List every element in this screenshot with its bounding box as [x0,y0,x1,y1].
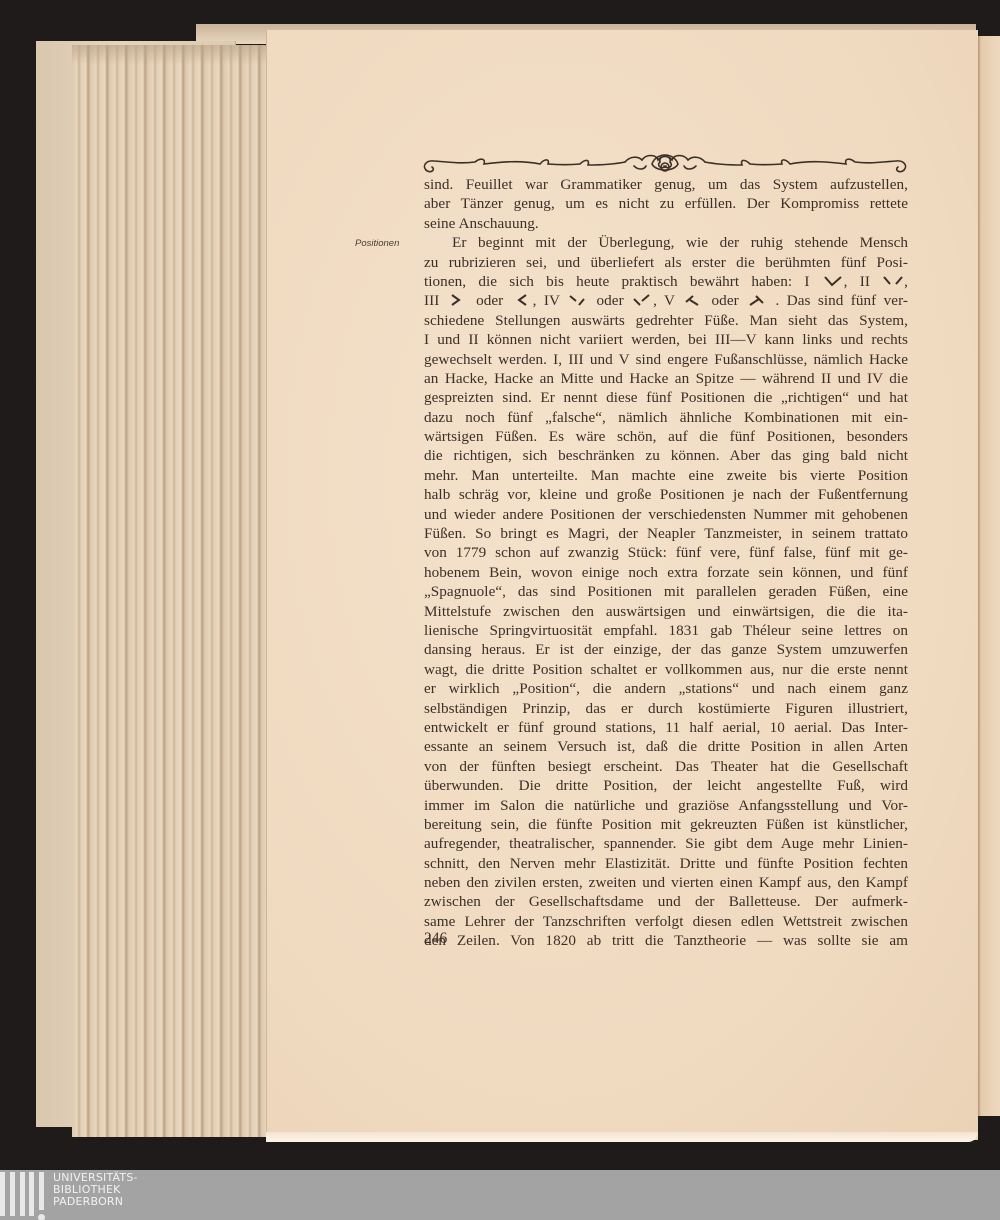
text-line: bereitung sein, die fünfte Position mit … [424,815,908,834]
text-line: Mittelstufe zwischen den auswärtsigen un… [424,602,908,621]
text-line: essante an seinem Versuch ist, daß die d… [424,737,908,756]
text-line: entwickelt er fünf ground stations, 11 h… [424,718,908,737]
page-number: 246 [424,930,447,948]
text-fragment: , [904,273,908,290]
foot-position-III-a-icon [447,293,469,307]
text-line: hobenem Bein, wovon einige noch extra fo… [424,563,908,582]
foot-position-V-a-icon [682,293,704,307]
text-line: gewechselt werden. I, III und V sind eng… [424,350,908,369]
text-fragment: oder [704,292,746,309]
text-line: schnitt, den Nerven mehr Elastizität. Dr… [424,854,908,873]
text-line: sind. Feuillet war Grammatiker genug, um… [424,175,908,194]
text-fragment: III [424,292,447,309]
text-line: „Spagnuole“, das sind Positionen mit par… [424,582,908,601]
text-fragment: , IV [533,292,567,309]
text-fragment: oder [469,292,511,309]
book-scan: Positionen sind. Feuillet war Grammatike… [0,0,1000,1170]
text-fragment: oder [589,292,631,309]
text-fragment: tionen, die sich bis heute praktisch bew… [424,273,822,290]
text-fragment: . Das sind fünf ver- [768,292,908,309]
text-line: neben den zivilen ersten, zweiten und vi… [424,873,908,892]
text-line: aber Tänzer genug, um es nicht zu erfüll… [424,194,908,213]
text-line: selbständigen Prinzip, das er durch kost… [424,699,908,718]
text-line: Er beginnt mit der Überlegung, wie der r… [424,233,908,252]
text-line-with-foot-glyphs: III oder , IV oder , V oder . Das sind f… [424,291,908,310]
foot-position-IV-a-icon [567,293,589,307]
text-fragment: , II [844,273,882,290]
library-footer-bar: UNIVERSITÄTS- BIBLIOTHEK PADERBORN [0,1170,1000,1220]
text-line: same Lehrer der Tanzschriften verfolgt d… [424,912,908,931]
foot-position-III-b-icon [511,293,533,307]
text-line: von 1779 schon auf zwanzig Stück: fünf v… [424,543,908,562]
text-line: halb schräg vor, kleine und große Positi… [424,485,908,504]
text-line: den Zeilen. Von 1820 ab tritt die Tanzth… [424,931,908,950]
library-name: UNIVERSITÄTS- BIBLIOTHEK PADERBORN [53,1172,138,1208]
text-line: wärtsigen Füßen. Es wäre schön, auf die … [424,427,908,446]
facing-page-edge [978,36,1000,1116]
text-line: dansing heraus. Er ist der einzige, der … [424,640,908,659]
text-line: lienische Springvirtuosität empfahl. 183… [424,621,908,640]
fore-edge-page-stack [72,45,268,1137]
text-line: immer im Salon die natürliche und graziö… [424,796,908,815]
foot-position-II-icon [882,274,904,288]
foot-position-I-icon [822,274,844,288]
text-line: Füßen. So bringt es Magri, der Neapler T… [424,524,908,543]
library-name-line: PADERBORN [53,1196,138,1208]
text-line: an Hacke, Hacke an Mitte und Hacke an Sp… [424,369,908,388]
text-line: mehr. Man unterteilte. Man machte eine z… [424,466,908,485]
text-line: überwunden. Die dritte Position, der lei… [424,776,908,795]
text-line: I und II können nicht variiert werden, b… [424,330,908,349]
text-line: seine Anschauung. [424,214,908,233]
text-line: gespreizten sind. Er nennt diese fünf Po… [424,388,908,407]
text-fragment: , V [653,292,682,309]
foot-position-IV-b-icon [631,293,653,307]
text-line: aufregender, theatralischer, spannender.… [424,834,908,853]
text-line: schiedene Stellungen auswärts gedrehter … [424,311,908,330]
library-logo-icon [0,1172,50,1218]
page-bottom-edge [266,1132,978,1142]
text-line: dazu noch fünf „falsche“, nämlich ähnlic… [424,408,908,427]
text-line-with-foot-glyphs: tionen, die sich bis heute praktisch bew… [424,272,908,291]
marginal-note: Positionen [355,238,399,249]
text-line: zwischen der Gesellschaftsdame und der B… [424,892,908,911]
text-line: die richtigen, sich beschränken zu könne… [424,446,908,465]
text-line: und wieder andere Positionen der verschi… [424,505,908,524]
text-line: zu rubrizieren sei, und überliefert als … [424,253,908,272]
ornamental-headpiece-icon [420,148,910,178]
text-line: von der fünften besiegt erscheint. Das T… [424,757,908,776]
text-line: wagt, die dritte Position schaltet er vo… [424,660,908,679]
text-line: er wirklich „Position“, die andern „stat… [424,679,908,698]
body-text: sind. Feuillet war Grammatiker genug, um… [424,175,908,951]
foot-position-V-b-icon [746,293,768,307]
